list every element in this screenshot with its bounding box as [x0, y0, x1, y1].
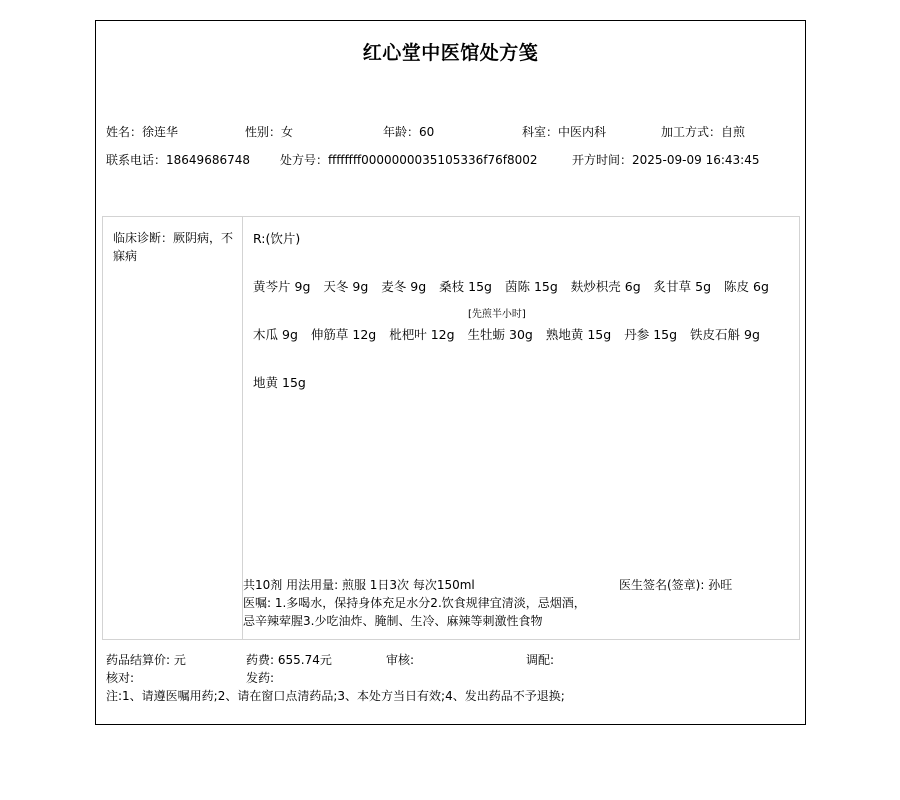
rx-time-value: 2025-09-09 16:43:45 — [632, 153, 759, 167]
prescription-sheet: 红心堂中医馆处方笺 姓名：徐连华 性别：女 年龄：60 科室：中医内科 加工方式… — [95, 20, 806, 725]
phone-field: 联系电话：18649686748 — [106, 151, 250, 168]
herb-line-2: 木瓜 9g 伸筋草 12g 枇杷叶 12g 生牡蛎 30g 熟地黄 15g 丹参… — [253, 325, 769, 343]
usage-dosage: 共10剂 用法用量: 煎服 1日3次 每次150ml — [243, 576, 475, 594]
drug-fee: 药费: 655.74元 — [246, 651, 332, 668]
herb-item: 天冬 9g — [323, 277, 368, 295]
rx-number-value: ffffffff0000000035105336f76f8002 — [328, 153, 537, 167]
patient-name-value: 徐连华 — [142, 125, 178, 139]
rx-number-label: 处方号： — [280, 153, 328, 167]
herb-item: 炙甘草 5g — [654, 277, 711, 295]
department-label: 科室： — [522, 125, 558, 139]
herb-decoction-note: [先煎半小时] — [468, 305, 526, 320]
processing-method-field: 加工方式：自煎 — [661, 123, 745, 140]
patient-name-label: 姓名： — [106, 125, 142, 139]
settlement-price: 药品结算价: 元 — [106, 651, 186, 668]
department-value: 中医内科 — [558, 125, 606, 139]
processing-method-value: 自煎 — [721, 125, 745, 139]
check-field: 核对: — [106, 669, 134, 686]
department-field: 科室：中医内科 — [522, 123, 606, 140]
phone-value: 18649686748 — [166, 153, 250, 167]
herb-item: 地黄 15g — [253, 373, 306, 391]
herb-item: 生牡蛎 30g — [468, 325, 533, 343]
diagnosis-label: 临床诊断： — [113, 231, 173, 245]
patient-gender-field: 性别：女 — [245, 123, 293, 140]
rx-number-field: 处方号：ffffffff0000000035105336f76f8002 — [280, 151, 538, 168]
herb-item: 陈皮 6g — [724, 277, 769, 295]
rx-time-label: 开方时间： — [572, 153, 632, 167]
issue-drug-field: 发药: — [246, 669, 274, 686]
patient-age-label: 年龄： — [383, 125, 419, 139]
patient-gender-label: 性别： — [245, 125, 281, 139]
herb-item: 伸筋草 12g — [311, 325, 376, 343]
rx-header: R:(饮片) — [253, 229, 300, 247]
dispense-prep-field: 调配: — [526, 651, 554, 668]
doctor-signature: 医生签名(签章): 孙旺 — [619, 576, 732, 594]
processing-method-label: 加工方式： — [661, 125, 721, 139]
page-title: 红心堂中医馆处方笺 — [96, 38, 805, 65]
herb-line-1: 黄芩片 9g 天冬 9g 麦冬 9g 桑枝 15g 茵陈 15g 麸炒枳壳 6g… — [253, 277, 778, 295]
herb-item: 木瓜 9g — [253, 325, 298, 343]
medical-advice-line-2: 忌辛辣荤腥3.少吃油炸、腌制、生冷、麻辣等刺激性食物 — [243, 612, 542, 630]
clinical-diagnosis: 临床诊断：厥阴病，不寐病 — [113, 229, 238, 265]
phone-label: 联系电话： — [106, 153, 166, 167]
patient-age-field: 年龄：60 — [383, 123, 434, 140]
herb-item: 丹参 15g — [624, 325, 677, 343]
prescription-cell: R:(饮片) 黄芩片 9g 天冬 9g 麦冬 9g 桑枝 15g 茵陈 15g … — [243, 217, 799, 639]
medical-advice-line-1: 医嘱: 1.多喝水，保持身体充足水分2.饮食规律宜清淡，忌烟酒， — [243, 594, 586, 612]
patient-gender-value: 女 — [281, 125, 293, 139]
diagnosis-cell: 临床诊断：厥阴病，不寐病 — [103, 217, 243, 639]
prescription-table: 临床诊断：厥阴病，不寐病 R:(饮片) 黄芩片 9g 天冬 9g 麦冬 9g 桑… — [102, 216, 800, 640]
herb-item: 桑枝 15g — [439, 277, 492, 295]
herb-item: 麸炒枳壳 6g — [571, 277, 641, 295]
review-field: 审核: — [386, 651, 414, 668]
herb-item: 铁皮石斛 9g — [690, 325, 760, 343]
patient-age-value: 60 — [419, 125, 434, 139]
herb-item: 黄芩片 9g — [253, 277, 310, 295]
footer-note: 注:1、请遵医嘱用药;2、请在窗口点清药品;3、本处方当日有效;4、发出药品不予… — [106, 687, 565, 704]
herb-item: 枇杷叶 12g — [389, 325, 454, 343]
herb-item: 茵陈 15g — [505, 277, 558, 295]
herb-line-3: 地黄 15g — [253, 373, 315, 391]
herb-item: 熟地黄 15g — [546, 325, 611, 343]
patient-name-field: 姓名：徐连华 — [106, 123, 178, 140]
rx-time-field: 开方时间：2025-09-09 16:43:45 — [572, 151, 759, 168]
herb-item: 麦冬 9g — [381, 277, 426, 295]
